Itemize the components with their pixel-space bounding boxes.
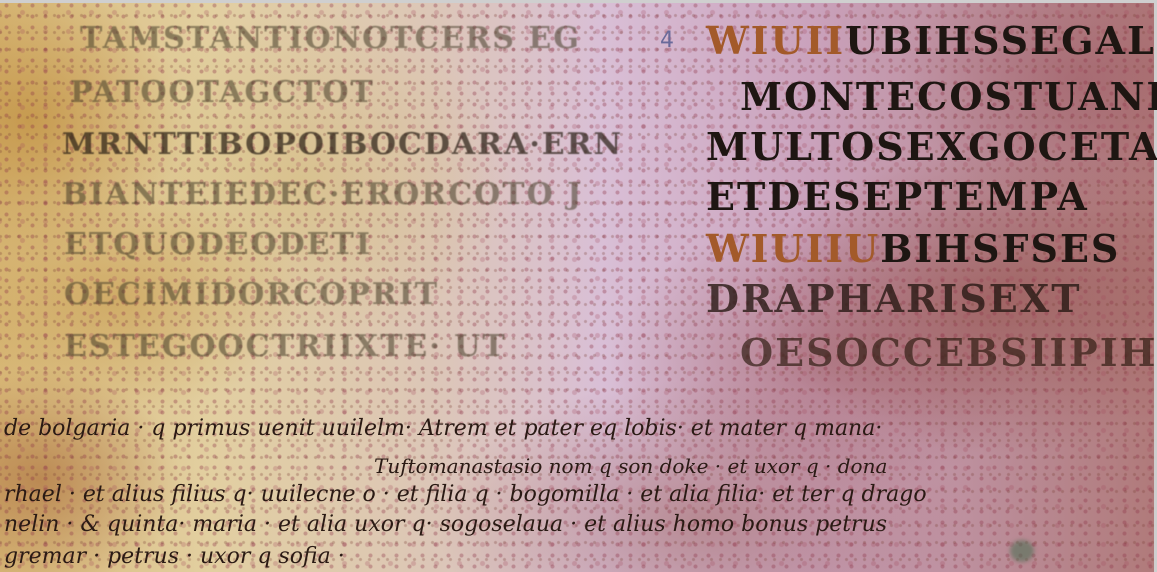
cursive-note-line-5: Tuftomanastasio nom q son doke · et uxor… <box>374 456 887 476</box>
cursive-note-line-2: rhael · et alius filius q· uuilecne o · … <box>4 484 927 506</box>
left-uncial-line-4: BIANTEIEDEC·ERORCOTO J <box>62 180 583 210</box>
left-uncial-line-2: PATOOTAGCTOT <box>70 78 375 108</box>
right-uncial-line-6: DRAPHARISEXT <box>706 280 1082 318</box>
cursive-note-line-3: nelin · & quinta· maria · et alia uxor q… <box>4 514 887 536</box>
right-uncial-line-2: MONTECOSTUANE <box>740 78 1157 116</box>
left-uncial-line-1: TAMSTANTIONOTCERS EG <box>80 24 581 54</box>
left-uncial-line-7: ESTEGOOCTRIIXTE· UT <box>64 332 507 362</box>
red-initial: WIUII <box>706 18 845 63</box>
left-uncial-line-5: ETQUODEODETI <box>64 230 372 260</box>
right-uncial-line-7: OESOCCEBSIIPIH <box>740 334 1157 372</box>
green-stain <box>1010 540 1034 562</box>
manuscript-photo: 4 TAMSTANTIONOTCERS EG PATOOTAGCTOT MRNT… <box>0 0 1157 572</box>
folio-number: 4 <box>660 28 674 53</box>
cursive-note-line-1: de bolgaria · q primus uenit uuilelm· At… <box>4 418 882 440</box>
photo-border-top <box>0 0 1157 3</box>
right-uncial-line-4: ETDESEPTEMPA <box>706 178 1089 216</box>
right-uncial-line-3: MULTOSEXGOCETAN <box>706 128 1157 166</box>
left-uncial-line-3: MRNTTIBOPOIBOCDARA·ERN <box>62 130 623 160</box>
left-uncial-line-6: OECIMIDORCOPRIT <box>64 280 439 310</box>
cursive-note-line-4: gremar · petrus · uxor q sofia · <box>4 546 345 568</box>
right-uncial-line-5: WIUIIUBIHSFSES <box>706 230 1120 268</box>
red-initial: WIUIIU <box>706 226 880 271</box>
right-uncial-line-1: WIUIIUBIHSSEGAL <box>706 22 1156 60</box>
